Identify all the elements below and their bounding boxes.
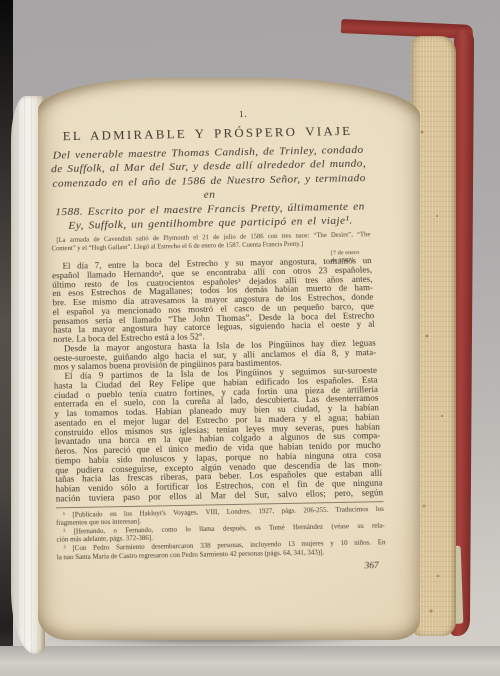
body-text: El día 7, entre la boca del Estrecho y s… (52, 257, 383, 504)
book-page: 1. EL ADMIRABLE Y PRÓSPERO VIAJE Del ven… (38, 78, 420, 640)
subtitle-block: Del venerable maestre Thomas Candish, de… (50, 143, 370, 233)
table-surface (0, 646, 500, 676)
page-number: 367 (57, 561, 387, 577)
page-content-wrap: 1. EL ADMIRABLE Y PRÓSPERO VIAJE Del ven… (58, 84, 398, 632)
editorial-note: [La armada de Cavendish salió de Plymout… (51, 232, 370, 254)
footnotes-block: ¹ [Publicado en los Hakluyt's Voyages, V… (56, 505, 386, 562)
margin-date-note: [7 de enerode 1587] (331, 249, 378, 265)
book-photo: 1. EL ADMIRABLE Y PRÓSPERO VIAJE Del ven… (0, 0, 500, 676)
chapter-number: 1. (85, 107, 400, 123)
margin-note-line: de 1587] (331, 256, 378, 264)
section-title: EL ADMIRABLE Y PRÓSPERO VIAJE (50, 124, 366, 143)
page-content: 1. EL ADMIRABLE Y PRÓSPERO VIAJE Del ven… (49, 108, 389, 634)
